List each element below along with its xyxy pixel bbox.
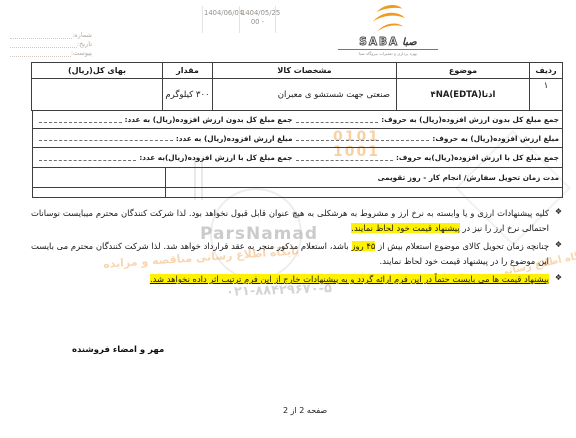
saba-swirl-icon [369,2,407,36]
meta-number-leader [10,34,72,39]
meta-attachment-leader [10,52,71,57]
diamond-bullet-icon: ❖ [549,272,562,287]
logo-wordmark: SABA صبا [338,36,438,50]
meta-number-line: شماره: [8,30,92,39]
summary-digits-label: جمع مبلغ کل بدون ارزش افزوده(ریال) به عد… [125,115,293,124]
logo-script-text: صبا [402,37,417,48]
note-text-highlight: پیشنهاد قیمت خود لحاظ نمایند. [351,223,459,233]
summary-words-label: جمع مبلغ کل بدون ارزش افزوده(ریال) به حر… [381,115,559,124]
summary-row-empty [33,188,562,197]
meta-number-label: شماره: [72,31,92,39]
note-delivery-45-days: ❖ چنانچه زمان تحویل کالای موضوع استعلام … [31,239,562,268]
header-dates: 1404/06/04 1404/05/25 00 - [202,6,276,33]
note-text: کلیه پیشنهادات ارزی و یا وابسته به نرخ ا… [31,206,549,235]
date-1-line1: 1404/06/04 [204,9,238,18]
note-text: چنانچه زمان تحویل کالای موضوع استعلام بی… [31,239,549,268]
cell-total-price [32,79,163,111]
table-row: ۱ ادتا۴NA(EDTA) صنعتی جهت شستشو ی معبران… [32,79,563,111]
note-use-this-form: ❖ پیشنهاد قیمت ها می بایست حتماً در این … [31,272,562,287]
seller-signature-label: مهر و امضاء فروشنده [72,345,164,355]
fill-in-line [296,135,430,141]
items-table: ردیف موضوع مشخصات کالا مقدار بهای کل(ریا… [31,62,563,111]
fill-in-line [39,135,173,141]
empty-cell [166,188,562,197]
delivery-time-value-cell [33,168,166,187]
date-cell-2: 1404/05/25 00 - [239,6,276,33]
col-header-total-price: بهای کل(ریال) [32,63,163,79]
cell-quantity: ۳۰۰ کیلوگرم [163,79,213,111]
note-text-highlight: ۴۵ روز [352,241,376,251]
cell-specs: صنعتی جهت شستشو ی معبران [213,79,397,111]
meta-attachment-line: پیوست: [8,48,92,57]
items-table-header-row: ردیف موضوع مشخصات کالا مقدار بهای کل(ریا… [32,63,563,79]
note-text: پیشنهاد قیمت ها می بایست حتماً در این فر… [31,272,549,287]
diamond-bullet-icon: ❖ [549,239,562,268]
fill-in-line [39,155,136,161]
note-text-plain: چنانچه زمان تحویل کالای موضوع استعلام بی… [375,241,549,251]
fill-in-line [39,117,122,123]
date-2-line2: 00 - [241,18,274,27]
note-text-highlight: پیشنهاد قیمت ها می بایست حتماً در این فر… [150,274,549,284]
meta-date-line: تاریخ: [8,39,92,48]
summary-row-vat: مبلغ ارزش افزوده(ریال) به حروف: مبلغ ارز… [33,129,562,148]
cell-row-number: ۱ [530,79,563,111]
meta-attachment-label: پیوست: [71,49,92,57]
meta-date-label: تاریخ: [77,40,92,48]
meta-date-leader [10,43,77,48]
col-header-quantity: مقدار [163,63,213,79]
col-header-specs: مشخصات کالا [213,63,397,79]
summary-words-label: جمع مبلغ کل با ارزش افزوده(ریال)به حروف: [396,153,559,162]
summary-digits-label: مبلغ ارزش افزوده(ریال) به عدد: [176,134,293,143]
header-meta: شماره: تاریخ: پیوست: [8,30,92,57]
fill-in-line [296,117,379,123]
note-text-plain: کلیه پیشنهادات ارزی و یا وابسته به نرخ ا… [31,208,549,233]
date-2-line1: 1404/05/25 [241,9,274,18]
col-header-row-number: ردیف [530,63,563,79]
empty-value-cell [33,188,166,197]
diamond-bullet-icon: ❖ [549,206,562,235]
cell-subject: ادتا۴NA(EDTA) [397,79,530,111]
date-cell-1: 1404/06/04 [202,6,239,33]
summary-section: جمع مبلغ کل بدون ارزش افزوده(ریال) به حر… [32,111,563,198]
delivery-time-label: مدت زمان تحویل سفارش/ انجام کار - روز تق… [166,168,562,187]
logo-caption: بهره برداری و تعمیرات نیروگاه صبا [338,51,438,56]
summary-words-label: مبلغ ارزش افزوده(ریال) به حروف: [432,134,559,143]
note-currency-offers: ❖ کلیه پیشنهادات ارزی و یا وابسته به نرخ… [31,206,562,235]
document-page: 0101 1001 ParsNamad پایگاه اطلاع رسانی م… [0,0,576,438]
logo-brand-text: SABA [359,36,399,48]
page-number: صفحه 2 از 2 [283,406,327,415]
fill-in-line [296,155,393,161]
col-header-subject: موضوع [397,63,530,79]
summary-row-total-without-vat: جمع مبلغ کل بدون ارزش افزوده(ریال) به حر… [33,111,562,129]
summary-digits-label: جمع مبلغ کل با ارزش افزوده(ریال)به عدد: [139,153,292,162]
summary-row-total-with-vat: جمع مبلغ کل با ارزش افزوده(ریال)به حروف:… [33,148,562,168]
notes-section: ❖ کلیه پیشنهادات ارزی و یا وابسته به نرخ… [31,206,562,291]
summary-row-delivery-time: مدت زمان تحویل سفارش/ انجام کار - روز تق… [33,168,562,188]
form-body: ردیف موضوع مشخصات کالا مقدار بهای کل(ریا… [32,62,563,198]
company-logo: SABA صبا بهره برداری و تعمیرات نیروگاه ص… [338,2,438,56]
